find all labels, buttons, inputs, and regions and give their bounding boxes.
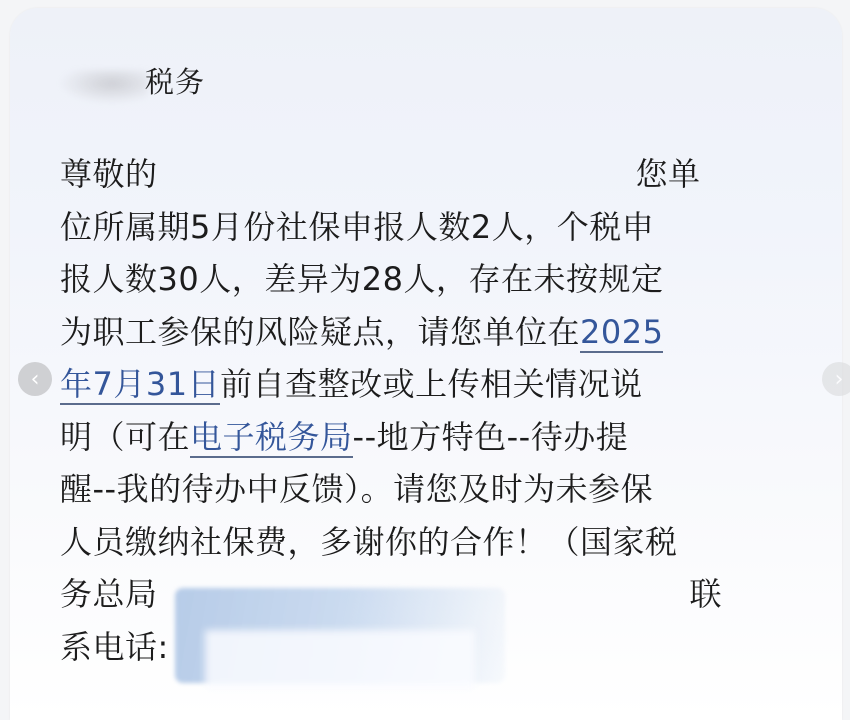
message-text: 人员缴纳社保费，多谢你的合作！（国家税 (60, 523, 678, 561)
message-text: 报人数30人，差异为28人，存在未按规定 (60, 260, 663, 298)
message-link[interactable]: 年7月31日 (60, 365, 220, 405)
message-text: 系电话: (60, 628, 169, 666)
sender-name: 税务 (145, 60, 205, 101)
message-line: 明（可在电子税务局--地方特色--待办提 (60, 411, 780, 464)
message-text: 尊敬的 (60, 155, 158, 193)
message-text: 为职工参保的风险疑点，请您单位在 (60, 313, 580, 351)
message-text: 醒--我的待办中反馈）。请您及时为未参保 (60, 470, 653, 508)
previous-image-button[interactable]: ‹ (18, 362, 52, 396)
message-text: 明（可在 (60, 418, 190, 456)
message-text: 位所属期5月份社保申报人数2人，个税申 (60, 208, 654, 246)
message-link[interactable]: 2025 (580, 313, 663, 353)
chevron-left-icon: ‹ (31, 367, 40, 392)
chevron-right-icon: › (835, 367, 844, 392)
message-text: 您单 (636, 155, 701, 193)
message-line: 位所属期5月份社保申报人数2人，个税申 (60, 201, 780, 254)
message-text: --地方特色--待办提 (353, 418, 629, 456)
redacted-region-overlay (205, 630, 475, 690)
message-text: 联 (690, 575, 723, 613)
message-line: 年7月31日前自查整改或上传相关情况说 (60, 358, 780, 411)
message-line: 报人数30人，差异为28人，存在未按规定 (60, 253, 780, 306)
message-text: 务总局 (60, 575, 158, 613)
message-line: 为职工参保的风险疑点，请您单位在2025 (60, 306, 780, 359)
message-line: 人员缴纳社保费，多谢你的合作！（国家税 (60, 516, 780, 569)
message-link[interactable]: 电子税务局 (190, 418, 353, 458)
redacted-sender-prefix (58, 70, 148, 104)
message-text: 前自查整改或上传相关情况说 (220, 365, 643, 403)
next-image-button[interactable]: › (822, 362, 850, 396)
message-line: 醒--我的待办中反馈）。请您及时为未参保 (60, 463, 780, 516)
message-line: 尊敬的您单 (60, 148, 780, 201)
